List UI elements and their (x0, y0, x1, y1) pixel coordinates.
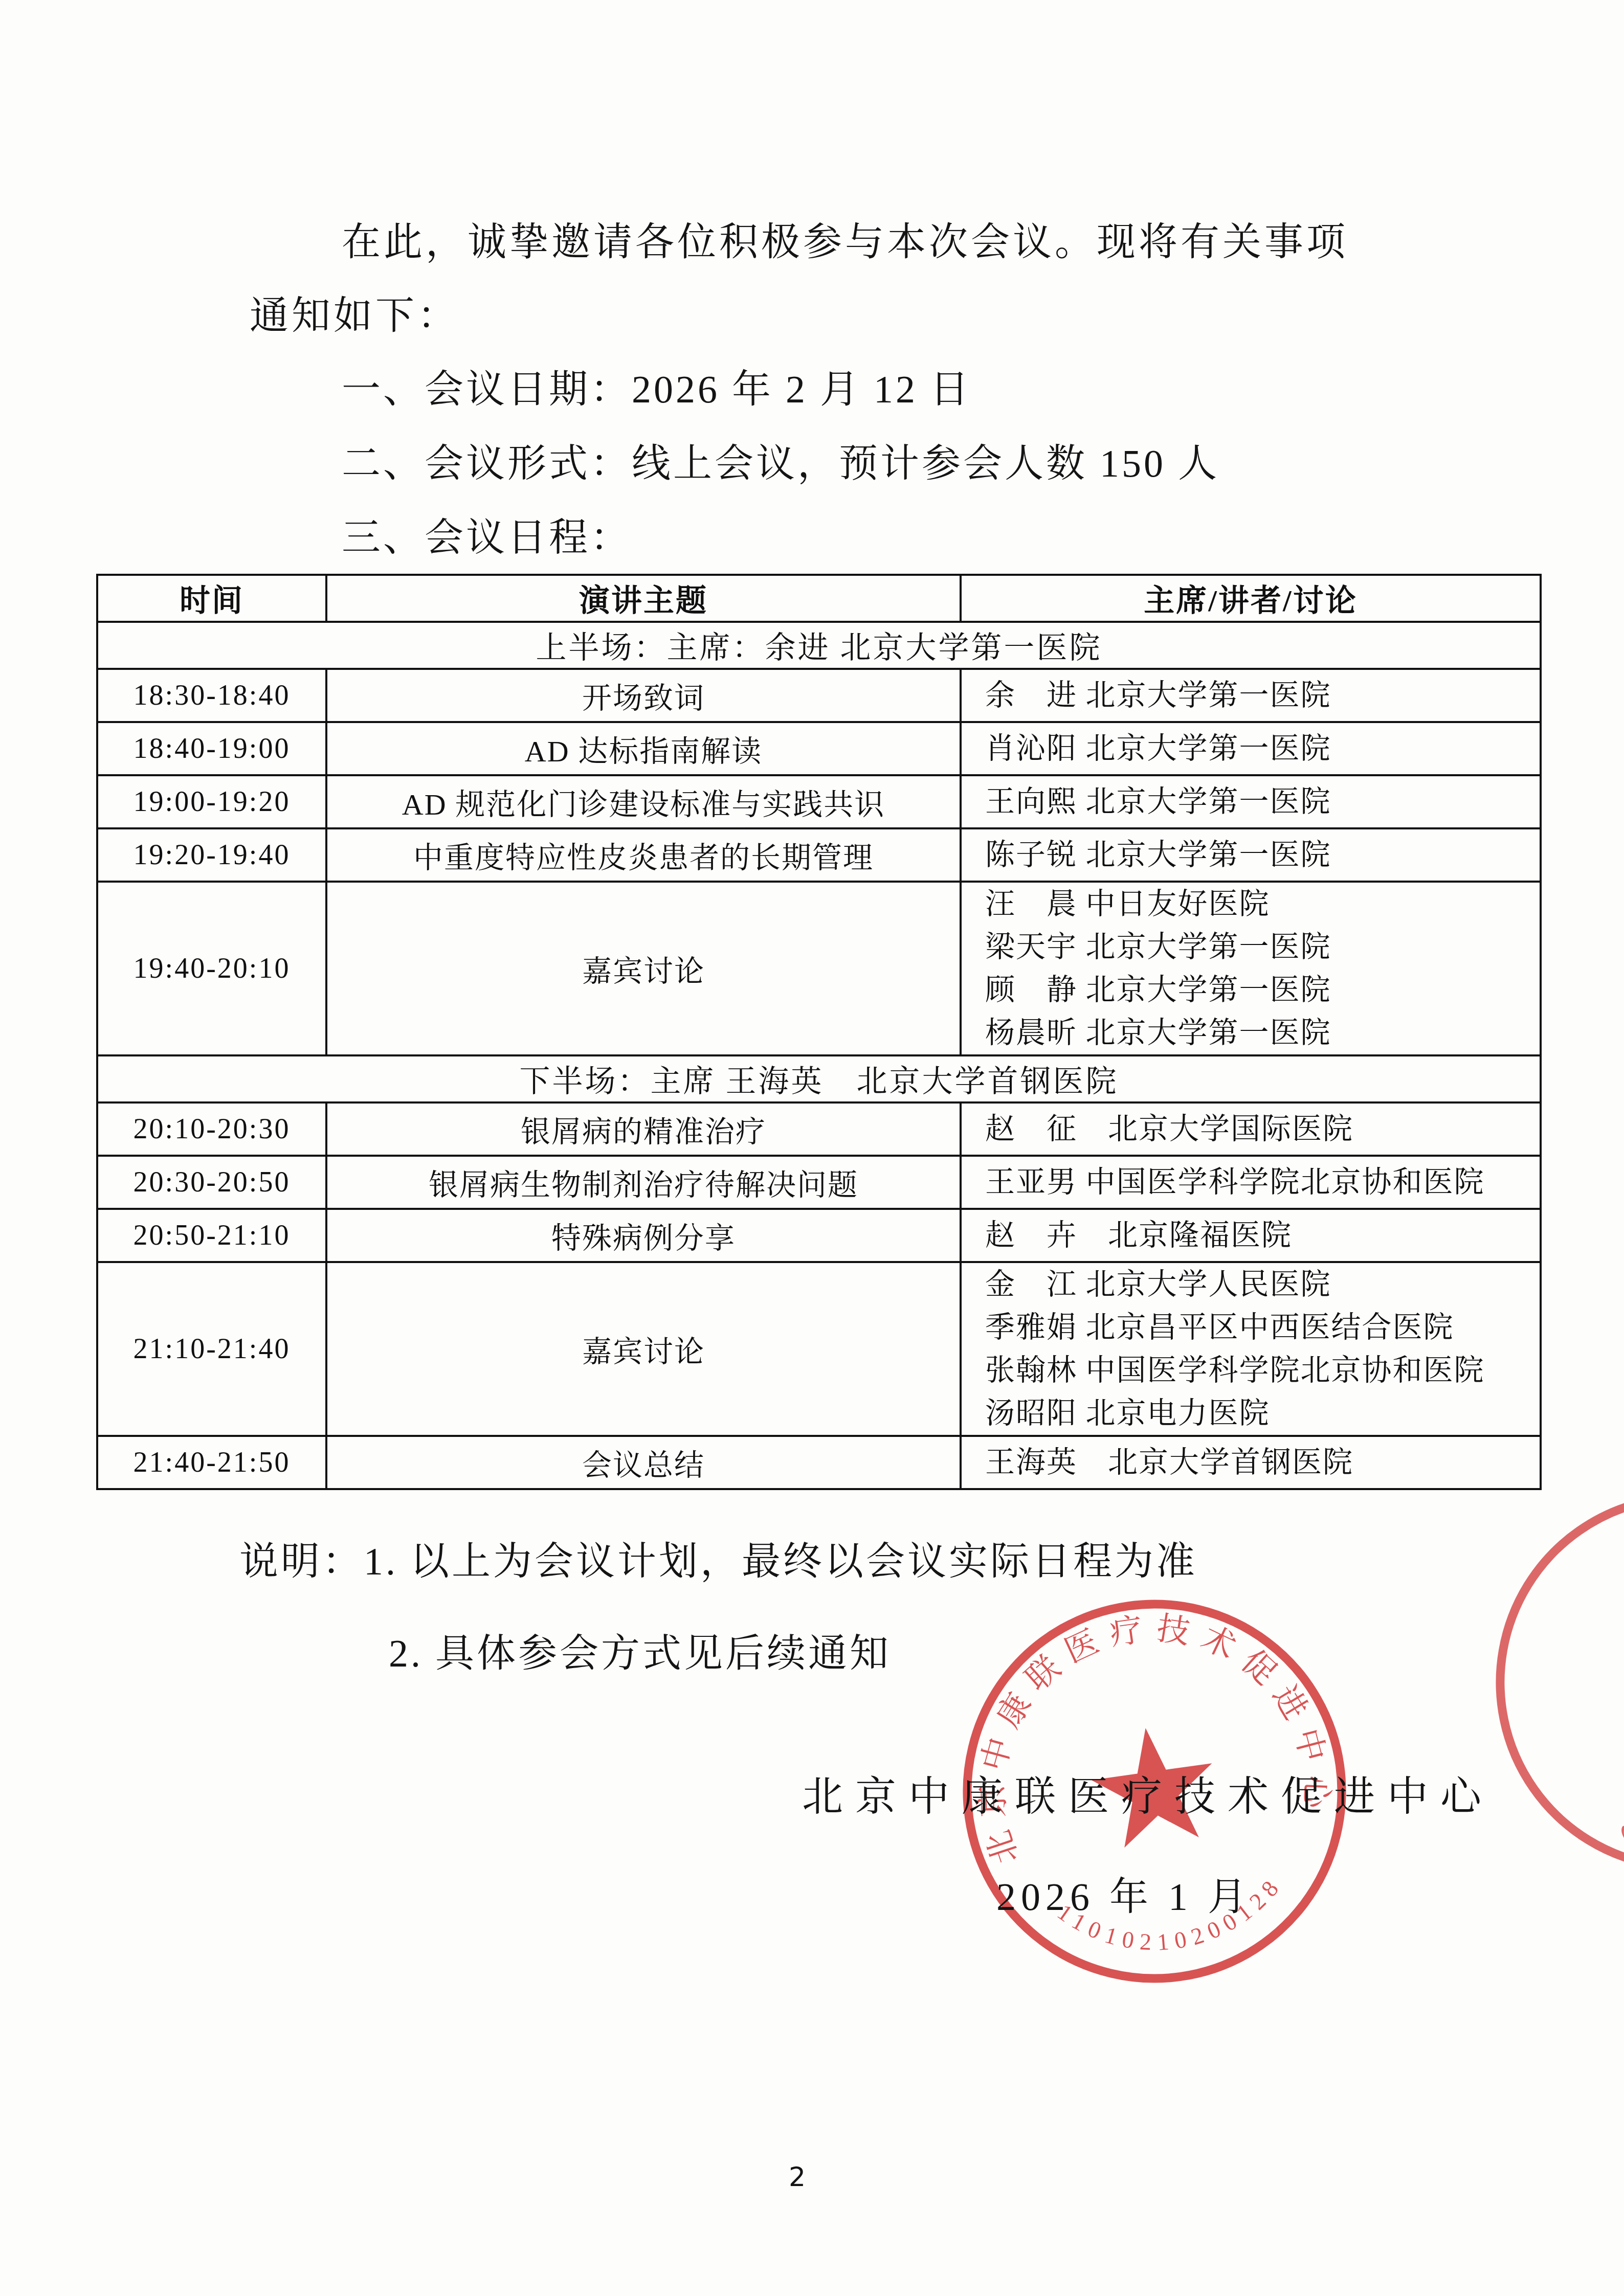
schedule-row: 20:10-20:30银屑病的精准治疗赵 征 北京大学国际医院 (97, 1102, 1541, 1156)
schedule-row: 19:20-19:40中重度特应性皮炎患者的长期管理陈子锐 北京大学第一医院 (97, 828, 1541, 882)
meeting-format-line: 二、会议形式：线上会议，预计参会人数 150 人 (342, 432, 1219, 488)
time-cell: 19:40-20:10 (97, 882, 326, 1055)
speaker-cell: 王海英 北京大学首钢医院 (961, 1436, 1541, 1489)
schedule-row: 19:00-19:20AD 规范化门诊建设标准与实践共识王向熙 北京大学第一医院 (97, 775, 1541, 828)
schedule-row: 18:30-18:40开场致词余 进 北京大学第一医院 (97, 669, 1541, 722)
speaker-line: 梁天宇 北京大学第一医院 (962, 926, 1540, 969)
topic-cell: 嘉宾讨论 (326, 882, 961, 1055)
speaker-cell: 王向熙 北京大学第一医院 (961, 775, 1541, 828)
topic-cell: 特殊病例分享 (326, 1209, 961, 1262)
header-speaker: 主席/讲者/讨论 (961, 575, 1541, 622)
header-topic: 演讲主题 (326, 575, 961, 622)
schedule-row: 21:10-21:40嘉宾讨论金 江 北京大学人民医院季雅娟 北京昌平区中西医结… (97, 1262, 1541, 1436)
speaker-line: 王海英 北京大学首钢医院 (962, 1437, 1540, 1488)
issue-date: 2026 年 1 月 (996, 1865, 1252, 1921)
svg-text:北京中康联医疗技术促进中心: 北京中康联医疗技术促进中心 (952, 1589, 1342, 1870)
schedule-row: 19:40-20:10嘉宾讨论汪 晨 中日友好医院梁天宇 北京大学第一医院顾 静… (97, 882, 1541, 1055)
time-cell: 20:30-20:50 (97, 1156, 326, 1209)
partial-seal-ring-text: 北京中康联医疗技术促进中心 (1601, 1495, 1624, 1887)
schedule-section-row: 上半场：主席：余进 北京大学第一医院 (97, 622, 1541, 669)
time-cell: 18:40-19:00 (97, 722, 326, 775)
speaker-line: 王向熙 北京大学第一医院 (962, 776, 1540, 827)
partial-seal-graphic: 北京中康联医疗技术促进中心 (1481, 1478, 1624, 1887)
schedule-row: 20:30-20:50银屑病生物制剂治疗待解决问题王亚男 中国医学科学院北京协和… (97, 1156, 1541, 1209)
note-line-2: 2. 具体参会方式见后续通知 (389, 1622, 891, 1678)
page-number: 2 (789, 2162, 806, 2193)
topic-cell: AD 规范化门诊建设标准与实践共识 (326, 775, 961, 828)
speaker-line: 汪 晨 中日友好医院 (962, 883, 1540, 926)
speaker-line: 季雅娟 北京昌平区中西医结合医院 (962, 1306, 1540, 1349)
issuing-organization: 北京中康联医疗技术促进中心 (802, 1763, 1494, 1822)
header-time: 时间 (97, 575, 326, 622)
speaker-line: 赵 征 北京大学国际医院 (962, 1104, 1540, 1155)
schedule-section-row: 下半场：主席 王海英 北京大学首钢医院 (97, 1055, 1541, 1102)
session-header-cell: 下半场：主席 王海英 北京大学首钢医院 (97, 1055, 1541, 1102)
topic-cell: 银屑病生物制剂治疗待解决问题 (326, 1156, 961, 1209)
speaker-line: 汤昭阳 北京电力医院 (962, 1392, 1540, 1435)
intro-paragraph-line2: 通知如下： (250, 284, 459, 340)
time-cell: 20:10-20:30 (97, 1102, 326, 1156)
seal-ring-text: 北京中康联医疗技术促进中心 (952, 1589, 1342, 1870)
topic-cell: 会议总结 (326, 1436, 961, 1489)
topic-cell: 银屑病的精准治疗 (326, 1102, 961, 1156)
schedule-table: 时间 演讲主题 主席/讲者/讨论 上半场：主席：余进 北京大学第一医院18:30… (96, 574, 1542, 1490)
meeting-date-line: 一、会议日期：2026 年 2 月 12 日 (342, 358, 971, 414)
speaker-cell: 汪 晨 中日友好医院梁天宇 北京大学第一医院顾 静 北京大学第一医院杨晨昕 北京… (961, 882, 1541, 1055)
topic-cell: 中重度特应性皮炎患者的长期管理 (326, 828, 961, 882)
speaker-cell: 王亚男 中国医学科学院北京协和医院 (961, 1156, 1541, 1209)
speaker-line: 金 江 北京大学人民医院 (962, 1263, 1540, 1306)
time-cell: 19:00-19:20 (97, 775, 326, 828)
svg-text:北京中康联医疗技术促进中心: 北京中康联医疗技术促进中心 (1601, 1495, 1624, 1887)
speaker-line: 顾 静 北京大学第一医院 (962, 969, 1540, 1011)
time-cell: 20:50-21:10 (97, 1209, 326, 1262)
schedule-row: 20:50-21:10特殊病例分享赵 卉 北京隆福医院 (97, 1209, 1541, 1262)
topic-cell: 开场致词 (326, 669, 961, 722)
intro-paragraph-line1: 在此，诚挚邀请各位积极参与本次会议。现将有关事项 (342, 211, 1348, 266)
speaker-line: 杨晨昕 北京大学第一医院 (962, 1011, 1540, 1054)
partial-seal: 北京中康联医疗技术促进中心 (1481, 1478, 1624, 1887)
schedule-header-row: 时间 演讲主题 主席/讲者/讨论 (97, 575, 1541, 622)
note-line-1: 说明：1. 以上为会议计划，最终以会议实际日程为准 (239, 1530, 1197, 1586)
time-cell: 21:10-21:40 (97, 1262, 326, 1436)
speaker-line: 张翰林 中国医学科学院北京协和医院 (962, 1349, 1540, 1392)
speaker-cell: 赵 征 北京大学国际医院 (961, 1102, 1541, 1156)
schedule-row: 18:40-19:00AD 达标指南解读肖沁阳 北京大学第一医院 (97, 722, 1541, 775)
time-cell: 21:40-21:50 (97, 1436, 326, 1489)
time-cell: 19:20-19:40 (97, 828, 326, 882)
schedule-row: 21:40-21:50会议总结王海英 北京大学首钢医院 (97, 1436, 1541, 1489)
topic-cell: AD 达标指南解读 (326, 722, 961, 775)
speaker-line: 肖沁阳 北京大学第一医院 (962, 723, 1540, 774)
speaker-line: 王亚男 中国医学科学院北京协和医院 (962, 1157, 1540, 1208)
document-page: 在此，诚挚邀请各位积极参与本次会议。现将有关事项 通知如下： 一、会议日期：20… (0, 0, 1624, 2296)
speaker-line: 陈子锐 北京大学第一医院 (962, 829, 1540, 881)
speaker-cell: 赵 卉 北京隆福医院 (961, 1209, 1541, 1262)
speaker-line: 赵 卉 北京隆福医院 (962, 1210, 1540, 1261)
topic-cell: 嘉宾讨论 (326, 1262, 961, 1436)
session-header-cell: 上半场：主席：余进 北京大学第一医院 (97, 622, 1541, 669)
meeting-agenda-line: 三、会议日程： (342, 506, 632, 562)
speaker-cell: 余 进 北京大学第一医院 (961, 669, 1541, 722)
speaker-cell: 肖沁阳 北京大学第一医院 (961, 722, 1541, 775)
speaker-line: 余 进 北京大学第一医院 (962, 670, 1540, 721)
speaker-cell: 陈子锐 北京大学第一医院 (961, 828, 1541, 882)
time-cell: 18:30-18:40 (97, 669, 326, 722)
speaker-cell: 金 江 北京大学人民医院季雅娟 北京昌平区中西医结合医院张翰林 中国医学科学院北… (961, 1262, 1541, 1436)
